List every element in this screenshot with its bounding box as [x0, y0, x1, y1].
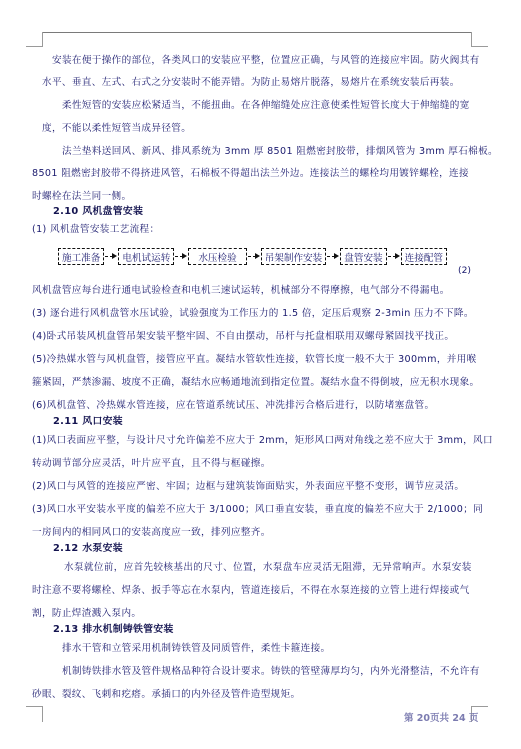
arrow-right-icon — [174, 249, 188, 264]
list-item: 风机盘管应每台进行通电试验检查和电机三速试运转，机械部分不得摩擦，电气部分不得漏… — [32, 282, 450, 296]
flow-step-2: 电机试运转 — [118, 248, 174, 265]
paragraph-line: 安装在便于操作的部位，各类风口的安装应平整，位置应正确，与风管的连接应牢固。防火… — [52, 52, 480, 66]
list-item: (1)风口表面应平整，与设计尺寸允许偏差不应大于 2mm，矩形风口两对角线之差不… — [32, 432, 493, 446]
paragraph-line: 8501 阻燃密封胶带不得挤进风管，石棉板不得超出法兰外边。连接法兰的螺栓均用镀… — [32, 165, 469, 179]
paragraph-line: 法兰垫料送回风、新风、排风系统为 3mm 厚 8501 阻燃密封胶带，排烟风管为… — [62, 143, 498, 157]
list-item: (3) 逐台进行风机盘管水压试验，试验强度为工作压力的 1.5 倍，定压后观察 … — [32, 305, 474, 319]
flow-step-6: 连接配管 — [401, 248, 447, 265]
section-heading-2-10: 2.10 风机盘管安装 — [53, 203, 143, 217]
paragraph-line: 砂眼、裂纹、飞刺和疙瘩。承插口的内外径及管件造型规矩。 — [32, 686, 300, 700]
arrow-right-icon — [326, 249, 340, 264]
list-item: 箍紧固，严禁渗漏、坡度不正确，凝结水应畅通地流到指定位置。凝结水盘不得倒坡，应无… — [32, 374, 479, 388]
crop-mark-top-right-vertical — [471, 32, 472, 47]
paragraph-line: 度，不能以柔性短管当成异径管。 — [42, 120, 191, 134]
paragraph-line: 时注意不要将螺栓、焊条、扳手等忘在水泵内，管道连接后，不得在水泵连接的立管上进行… — [32, 582, 470, 596]
flow-note-label: (2) — [458, 265, 471, 276]
page-top-border — [42, 32, 472, 33]
paragraph-line: 割，防止焊渣溅入泵内。 — [32, 605, 141, 619]
list-item: (5)冷热媒水管与风机盘管，接管应平直。凝结水管软性连接，软管长度一般不大于 3… — [32, 351, 477, 365]
section-heading-2-12: 2.12 水泵安装 — [53, 540, 123, 554]
list-item: (2)风口与风管的连接应严密、牢固；边框与建筑装饰面贴实，外表面应平整不变形，调… — [32, 478, 464, 492]
paragraph-line: 水泵就位前，应首先较核基出的尺寸、位置，水泵盘车应灵活无阻滞，无异常响声。水泵安… — [64, 559, 472, 573]
paragraph-line: 排水干管和立管采用机制铸铁管及同质管件，柔性卡箍连接。 — [62, 640, 330, 654]
arrow-right-icon — [247, 249, 261, 264]
crop-mark-bottom-left-vertical — [42, 706, 43, 722]
flow-step-4: 吊架制作安装 — [261, 248, 327, 265]
list-item: 一房间内的相同风口的安装高度应一致，排列应整齐。 — [32, 524, 271, 538]
flow-step-3: 水压检验 — [188, 248, 246, 265]
crop-mark-bottom-right — [472, 706, 488, 707]
crop-mark-top-right — [472, 46, 488, 47]
crop-mark-top-left — [26, 46, 42, 47]
paragraph-line: 水平、垂直、左式、右式之分安装时不能弄错。为防止易熔片脱落，易熔片在系统安装后再… — [42, 74, 460, 88]
list-item: 转动调节部分应灵活，叶片应平直，且不得与框碰擦。 — [32, 455, 271, 469]
paragraph-line: 柔性短管的安装应松紧适当，不能扭曲。在各伸缩缝处应注意使柔性短管长度大于伸缩缝的… — [62, 97, 470, 111]
paragraph-line: 时螺栓在法兰同一侧。 — [32, 188, 131, 202]
list-item: (1) 风机盘管安装工艺流程： — [32, 221, 159, 235]
flow-step-5: 盘管安装 — [340, 248, 386, 265]
process-flowchart: 施工准备 电机试运转 水压检验 吊架制作安装 盘管安装 连接配管 — [58, 248, 447, 265]
list-item: (3)风口水平安装水平度的偏差不应大于 3/1000；风口垂直安装，垂直度的偏差… — [32, 501, 483, 515]
page-number-footer: 第 20页共 24 页 — [404, 710, 478, 724]
arrow-right-icon — [104, 249, 118, 264]
section-heading-2-13: 2.13 排水机制铸铁管安装 — [53, 621, 174, 635]
flow-step-1: 施工准备 — [58, 248, 104, 265]
paragraph-line: 机制铸铁排水管及管件规格品种符合设计要求。铸铁的管壁薄厚均匀，内外光滑整洁，不允… — [62, 663, 480, 677]
crop-mark-top-left-vertical — [42, 32, 43, 47]
list-item: (6)风机盘管、冷热媒水管连接，应在管道系统试压、冲洗排污合格后进行，以防堵塞盘… — [32, 397, 434, 411]
list-item: (4)卧式吊装风机盘管吊架安装平整牢固、不自由摆动，吊杆与托盘相联用双螺母紧固找… — [32, 328, 454, 342]
arrow-right-icon — [387, 249, 401, 264]
section-heading-2-11: 2.11 风口安装 — [53, 413, 123, 427]
crop-mark-bottom-left — [26, 706, 42, 707]
